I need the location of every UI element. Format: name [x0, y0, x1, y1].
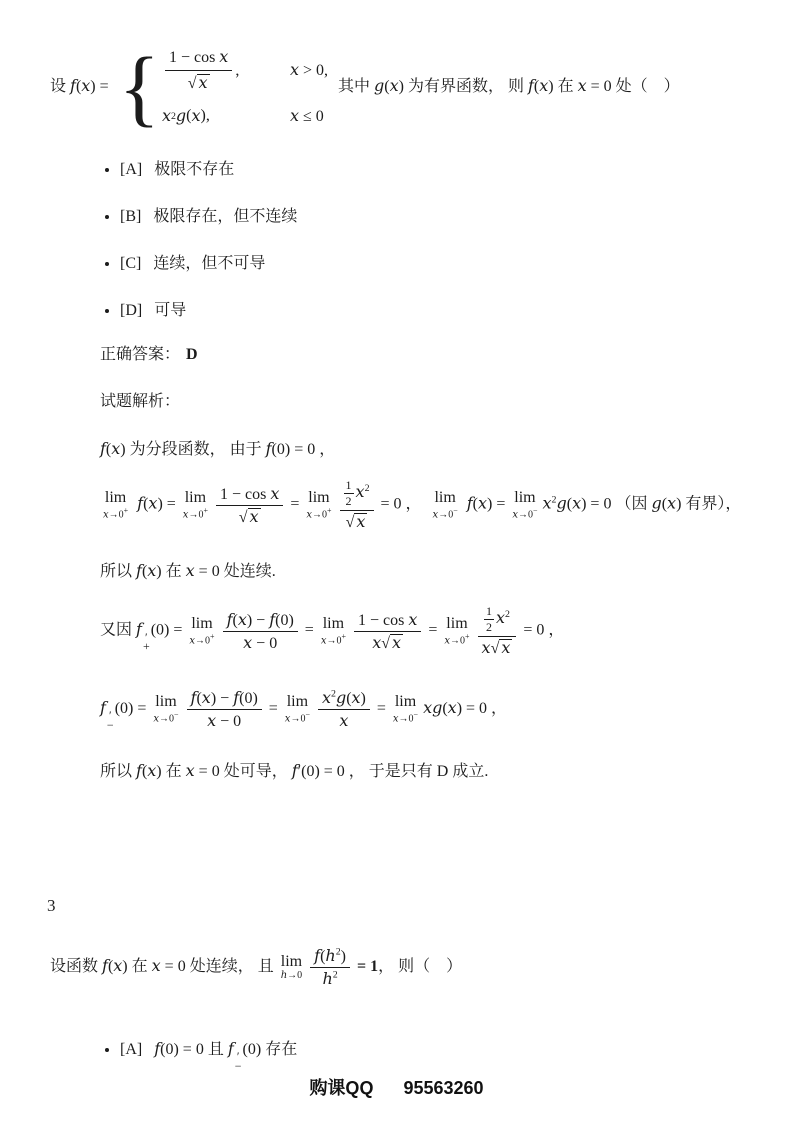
option-item-d: [D]可导 [120, 297, 297, 320]
solution-line-1: f(x) 为分段函数， 由于 f(0) = 0 ， [100, 436, 335, 459]
option-key: [D] [120, 302, 142, 319]
solution-line-6: 所以 f(x) 在 x = 0 处可导， f′(0) = 0 ， 于是只有 D … [100, 758, 488, 781]
option-text: 极限不存在 [154, 161, 234, 178]
option-item-b: [B]极限存在，但不连续 [120, 203, 297, 226]
option-text: 极限存在，但不连续 [153, 208, 297, 225]
footer: 购课QQ95563260 [0, 1074, 793, 1100]
answer-line: 正确答案：D [100, 341, 198, 364]
options-list: [A]极限不存在 [B]极限存在，但不连续 [C]连续，但不可导 [D]可导 [104, 156, 297, 320]
option-text: 连续，但不可导 [153, 255, 265, 272]
question3-number: 3 [47, 896, 56, 916]
option-item-c: [C]连续，但不可导 [120, 250, 297, 273]
solution-line-5: f′−(0) = limx→0−f(x) − f(0)x − 0 = limx→… [100, 688, 760, 731]
option-key: [B] [120, 208, 141, 225]
answer-label: 正确答案： [100, 346, 180, 363]
analysis-label: 试题解析： [100, 388, 180, 411]
option-key: [A] [120, 1041, 142, 1058]
option-key: [A] [120, 161, 142, 178]
qq-number: 95563260 [403, 1078, 483, 1098]
option-text: 可导 [154, 302, 186, 319]
solution-line-4: 又因 f′+(0) = limx→0+f(x) − f(0)x − 0 = li… [100, 604, 760, 658]
solution-line-2: limx→0+ f(x) = limx→0+1 − cos x√x = limx… [100, 478, 790, 532]
solution-line-3: 所以 f(x) 在 x = 0 处连续. [100, 558, 276, 581]
option-key: [C] [120, 255, 141, 272]
answer-value: D [186, 346, 198, 363]
question2-stem: 设 f(x) = {1 − cos x√x,x > 0,x2g(x),x ≤ 0… [50, 46, 770, 128]
options-list: [A]f(0) = 0 且 f′−(0) 存在 [104, 1036, 297, 1071]
question3-stem: 设函数 f(x) 在 x = 0 处连续， 且 limh→0f(h2)h2 = … [50, 946, 750, 989]
option-text: f(0) = 0 且 f′−(0) 存在 [154, 1041, 297, 1058]
qq-label: 购课QQ [309, 1078, 373, 1098]
option-item-a: [A]极限不存在 [120, 156, 297, 179]
option-item-a: [A]f(0) = 0 且 f′−(0) 存在 [120, 1036, 297, 1071]
question2-options: [A]极限不存在 [B]极限存在，但不连续 [C]连续，但不可导 [D]可导 [104, 156, 297, 344]
